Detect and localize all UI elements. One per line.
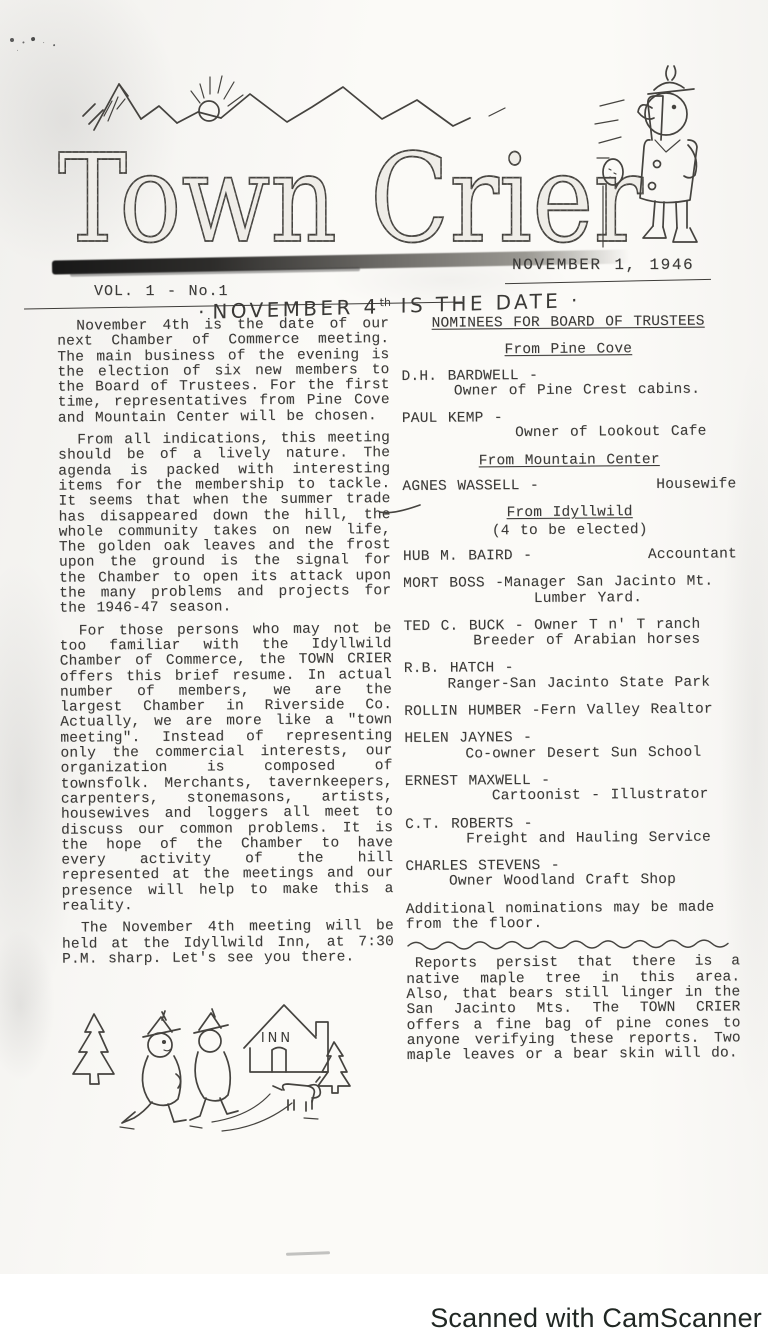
nominee-entry: PAUL KEMP - Owner of Lookout Cafe bbox=[402, 410, 736, 443]
handwritten-mark bbox=[378, 503, 424, 515]
floor-nominations-note: Additional nominations may be made from … bbox=[406, 900, 740, 933]
nominee-role: Co-owner Desert Sun School bbox=[404, 745, 738, 763]
nominee-role: Cartoonist - Illustrator bbox=[405, 788, 739, 806]
newspaper-page: Town Crier Town Crier NOVEMBER 1, 1946 V… bbox=[0, 0, 768, 1340]
masthead-illustration: Town Crier Town Crier bbox=[0, 0, 768, 258]
nominee-entry: ROLLIN HUMBER -Fern Valley Realtor bbox=[404, 702, 738, 720]
body-columns: November 4th is the date of our next Cha… bbox=[57, 314, 741, 1067]
article-paragraph: The November 4th meeting will be held at… bbox=[62, 919, 394, 967]
inn-sign-label: INN bbox=[261, 1031, 293, 1046]
walking-figure-drawing bbox=[122, 1011, 186, 1123]
nominee-role: Lumber Yard. bbox=[403, 590, 737, 608]
mountains-drawing bbox=[83, 84, 505, 130]
nominee-entry: D.H. BARDWELL - Owner of Pine Crest cabi… bbox=[401, 367, 735, 400]
nominee-role: Accountant bbox=[648, 547, 737, 563]
nominee-entry: CHARLES STEVENS - Owner Woodland Craft S… bbox=[405, 857, 739, 890]
headline-trail-dot: · bbox=[571, 288, 581, 312]
dog-drawing bbox=[273, 1077, 320, 1111]
nominee-role: Owner of Pine Crest cabins. bbox=[402, 382, 736, 400]
nominee-name: ROLLIN HUMBER -Fern Valley Realtor bbox=[404, 702, 738, 720]
masthead-title-hatch: Town Crier bbox=[58, 128, 644, 258]
walking-figure-drawing bbox=[190, 1009, 238, 1120]
article-paragraph: From all indications, this meeting shoul… bbox=[58, 431, 391, 617]
maple-bear-report: Reports persist that there is a native m… bbox=[406, 955, 741, 1065]
nominee-name: AGNES WASSELL - bbox=[402, 479, 539, 495]
subhead-mountain-center: From Mountain Center bbox=[402, 452, 736, 470]
pine-tree-drawing bbox=[73, 1014, 114, 1084]
scan-stray-mark bbox=[286, 1251, 330, 1256]
nominees-header: NOMINEES FOR BOARD OF TRUSTEES bbox=[401, 314, 735, 332]
nominee-entry: R.B. HATCH - Ranger-San Jacinto State Pa… bbox=[404, 660, 738, 693]
nominee-entry: TED C. BUCK - Owner T n' T ranch Breeder… bbox=[403, 617, 737, 650]
headline-text-2: IS THE DATE bbox=[391, 288, 571, 318]
nominee-entry: C.T. ROBERTS - Freight and Hauling Servi… bbox=[405, 815, 739, 848]
article-paragraph: November 4th is the date of our next Cha… bbox=[57, 317, 390, 427]
nominee-role: Housewife bbox=[656, 477, 736, 493]
nominee-role: Owner of Lookout Cafe bbox=[402, 425, 736, 443]
nominee-entry: MORT BOSS -Manager San Jacinto Mt. Lumbe… bbox=[403, 575, 737, 608]
nominee-entry: HELEN JAYNES - Co-owner Desert Sun Schoo… bbox=[404, 730, 738, 763]
nominee-role: Ranger-San Jacinto State Park bbox=[404, 675, 738, 693]
inn-cartoon-illustration: INN bbox=[64, 1000, 374, 1150]
small-pine-tree-drawing bbox=[318, 1042, 350, 1093]
wavy-divider bbox=[406, 937, 736, 952]
scan-blotch bbox=[0, 930, 55, 1080]
date-underline bbox=[505, 279, 711, 284]
nominee-name: HUB M. BAIRD - bbox=[403, 549, 532, 565]
nominee-role: Freight and Hauling Service bbox=[405, 830, 739, 848]
nominee-role: Owner Woodland Craft Shop bbox=[405, 873, 739, 891]
article-column: November 4th is the date of our next Cha… bbox=[57, 317, 395, 1067]
volume-number: VOL. 1 - No.1 bbox=[94, 284, 229, 299]
nominees-column: NOMINEES FOR BOARD OF TRUSTEES From Pine… bbox=[401, 314, 741, 1064]
idyllwild-note: (4 to be elected) bbox=[403, 522, 737, 540]
nominee-entry: ERNEST MAXWELL - Cartoonist - Illustrato… bbox=[405, 772, 739, 805]
pathway-drawing bbox=[212, 1094, 292, 1131]
subhead-pine-cove: From Pine Cove bbox=[401, 342, 735, 360]
issue-date: NOVEMBER 1, 1946 bbox=[512, 258, 694, 273]
ground-dashes bbox=[120, 1118, 318, 1129]
nominee-entry: AGNES WASSELL - Housewife bbox=[402, 477, 736, 495]
nominee-role: Breeder of Arabian horses bbox=[404, 632, 738, 650]
article-paragraph: For those persons who may not be too fam… bbox=[59, 622, 393, 915]
sun-icon bbox=[191, 76, 243, 121]
nominee-entry: HUB M. BAIRD - Accountant bbox=[403, 547, 737, 565]
camscanner-credit: Scanned with CamScanner bbox=[430, 1303, 762, 1334]
headline-superscript: th bbox=[380, 296, 391, 309]
subhead-idyllwild: From Idyllwild bbox=[403, 505, 737, 523]
